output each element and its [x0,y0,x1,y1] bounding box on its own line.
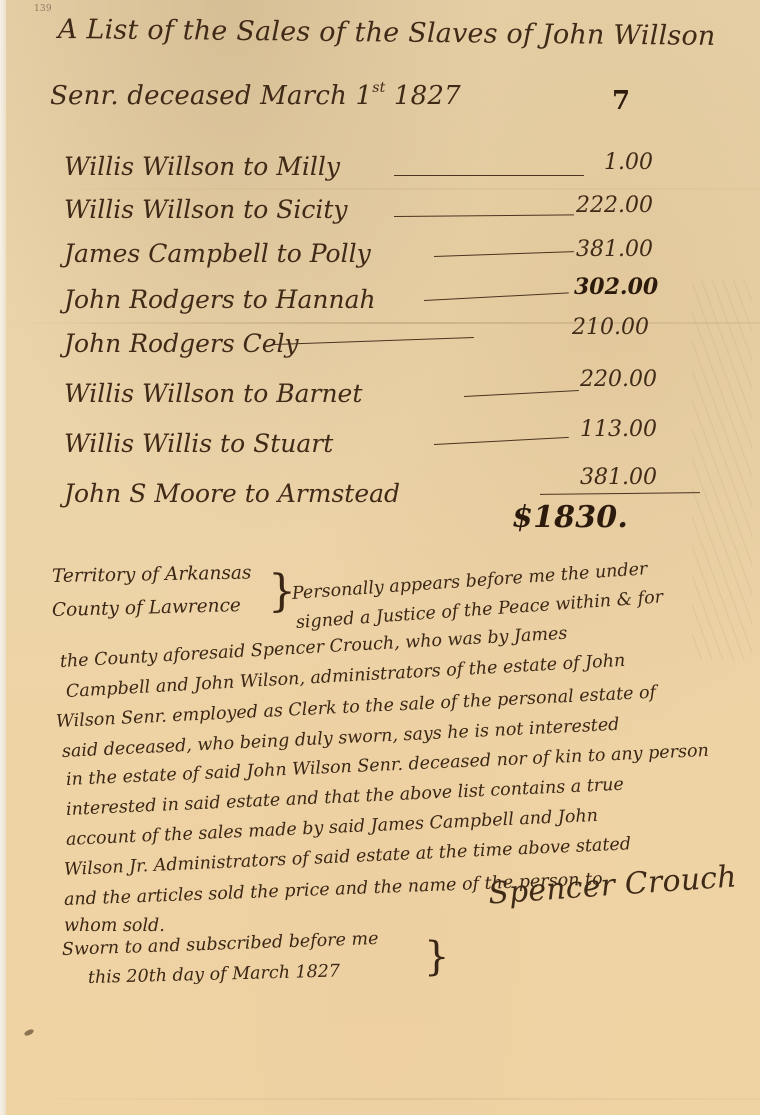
sale-amount: 222.00 [576,193,653,218]
sale-amount: 381.00 [576,237,653,262]
archive-number: 139 [34,4,52,14]
sale-row: Willis Willson to Milly 1.00 [64,145,704,185]
sale-description: Willis Willis to Stuart [64,429,333,458]
sale-amount: 220.00 [580,367,657,392]
sales-total: $1830. [512,500,628,535]
venue-territory: Territory of Arkansas [52,563,252,587]
sale-description: Willis Willson to Sicity [64,195,348,224]
sale-row: Willis Willis to Stuart 113.00 [64,422,704,462]
sale-description: John S Moore to Armstead [64,479,400,508]
sale-amount: 302.00 [574,274,658,300]
sale-description: Willis Willson to Milly [64,152,340,181]
document-subtitle: Senr. deceased March 1st 1827 [50,80,461,111]
leader-line [394,175,584,176]
leader-line [424,292,569,301]
paper-fold [6,1098,760,1100]
sale-description: John Rodgers Cely [64,329,299,358]
sale-row: John Rodgers Cely 210.00 [64,322,704,362]
sale-row: Willis Willson to Sicity 222.00 [64,188,704,228]
leader-line [274,337,474,345]
sale-description: Willis Willson to Barnet [64,379,362,408]
leader-line [464,390,579,397]
subtitle-ordinal: st [372,80,385,96]
page-mark: 7 [612,86,630,116]
sale-row: John Rodgers to Hannah 302.00 [64,278,704,318]
sale-amount: 1.00 [604,150,653,175]
jurat-brace: } [424,934,449,980]
subtitle-prefix: Senr. deceased March 1 [50,81,372,111]
sale-row: Willis Willson to Barnet 220.00 [64,372,704,412]
sale-row: James Campbell to Polly 381.00 [64,232,704,272]
sale-amount: 113.00 [580,417,657,442]
sale-amount: 381.00 [580,465,657,490]
subtitle-year: 1827 [394,81,461,111]
leader-line [394,214,574,217]
leader-line [434,251,574,257]
sale-description: James Campbell to Polly [64,239,371,268]
sale-amount: 210.00 [572,315,649,340]
sale-description: John Rodgers to Hannah [64,285,376,314]
leader-line [434,437,569,445]
affidavit-line: whom sold. [64,916,165,936]
